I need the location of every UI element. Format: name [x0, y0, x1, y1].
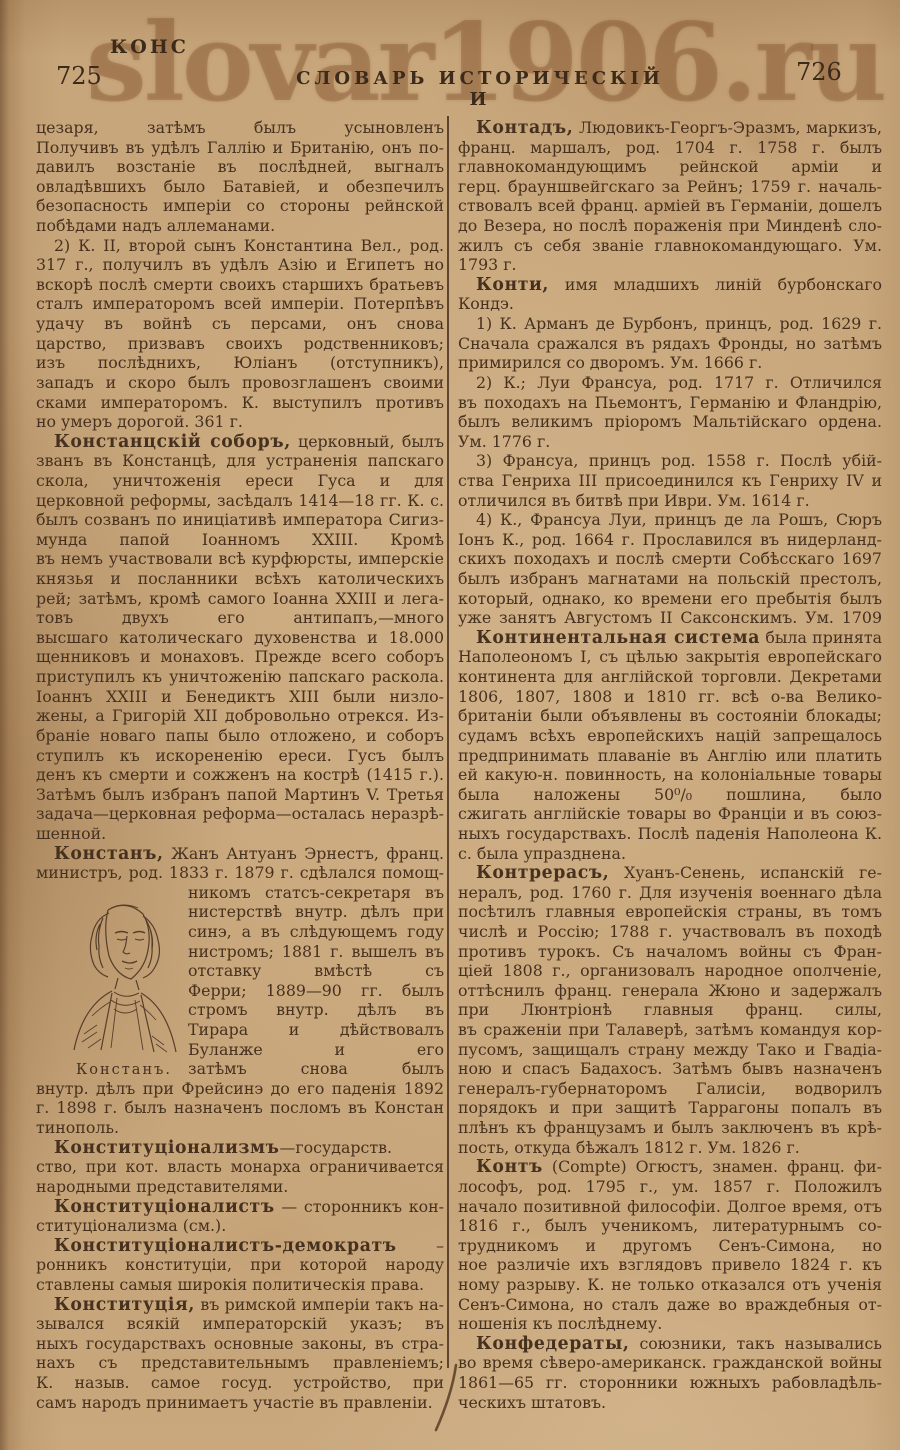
text-line: 2) К. II, второй сынъ Константина Вел., …	[36, 236, 444, 256]
text-line: К. назыв. самое госуд. устройство, при к…	[36, 1373, 444, 1393]
text-line: ному разрыву. К. не только отказался отъ…	[458, 1275, 882, 1295]
text-line: народными представителями.	[36, 1177, 444, 1197]
text-line: Констанъ, Жанъ Антуанъ Эрнестъ, франц.	[36, 844, 444, 864]
text-line: при Люнтріонѣ главныя франц. силы, участ…	[458, 1000, 882, 1020]
text-line: Буланже и его приверженцевъ;	[188, 1040, 444, 1060]
text-line: сками императоромъ. К. выступилъ противъ…	[36, 393, 444, 413]
text-line: Конституціонализмъ—государств. устрой-	[36, 1138, 444, 1158]
text-line: порядокъ и при защитѣ Таррагоны попалъ в…	[458, 1098, 882, 1118]
text-line: 3) Франсуа, принцъ род. 1558 г. Послѣ уб…	[458, 451, 882, 471]
entry-headword: Контрерасъ,	[476, 863, 609, 883]
text-line: ношенія къ послѣднему.	[458, 1314, 882, 1334]
text-line: числѣ и Россію; 1788 г. участвовалъ въ п…	[458, 922, 882, 942]
text-line: самъ народъ принимаетъ участіе въ правле…	[36, 1393, 444, 1413]
text-line: Тирара и дѣйствовалъ противъ	[188, 1020, 444, 1040]
text-line: отличился въ битвѣ при Иври. Ум. 1614 г.	[458, 491, 882, 511]
text-line: званъ въ Констанцѣ, для устраненія папск…	[36, 451, 444, 471]
text-line: задача—церковная реформа—осталась неразр…	[36, 804, 444, 824]
text-line: давилъ возстаніе въ послѣдней, выгналъ ф…	[36, 157, 444, 177]
text-line: 1793 г.	[458, 255, 882, 275]
text-line: ство, при кот. власть монарха ограничива…	[36, 1157, 444, 1177]
text-line: Получивъ въ удѣлъ Галлію и Британію, онъ…	[36, 138, 444, 158]
text-line: г. 1898 г. былъ назначенъ посломъ въ Кон…	[36, 1098, 444, 1118]
page-number-right: 726	[796, 58, 842, 86]
entry-headword: Конфедераты,	[476, 1334, 630, 1354]
entry-headword: Констанцскій соборъ,	[54, 432, 291, 452]
text-line: ства Генриха III присоединился къ Генрих…	[458, 471, 882, 491]
text-line: изъ послѣднихъ, Юліанъ (отступникъ), пол…	[36, 353, 444, 373]
text-line: жилъ съ себя званіе главнокомандующаго. …	[458, 236, 882, 256]
text-line: тинополь.	[36, 1118, 444, 1138]
text-line: нистерствѣ внутр. дѣлъ при Фрей-	[188, 902, 444, 922]
text-line: судамъ всѣхъ европейскихъ націй запрещал…	[458, 726, 882, 746]
text-line: посѣтилъ главныя европейскія страны, въ …	[458, 902, 882, 922]
text-line: безопасность имперіи со стороны рейнской…	[36, 196, 444, 216]
entry-headword: Конституціоналистъ	[54, 1197, 275, 1217]
text-line: сжигать англійскіе товары во Франціи и в…	[458, 804, 882, 824]
text-line: шенной.	[36, 824, 444, 844]
column-divider-rule	[447, 116, 449, 1368]
text-column-left: цезаря, затѣмъ былъ усыновленъ Максимилі…	[36, 118, 444, 1412]
text-line: во время сѣверо-американск. гражданской …	[458, 1353, 882, 1373]
entry-headword: Конти,	[476, 275, 549, 295]
text-line: цезаря, затѣмъ былъ усыновленъ Максимилі…	[36, 118, 444, 138]
text-line: удачу въ войнѣ съ персами, онъ снова раз…	[36, 314, 444, 334]
text-line: Наполеономъ I, съ цѣлью закрытія европей…	[458, 647, 882, 667]
text-line: уже занятъ Августомъ II Саксонскимъ. Ум.…	[458, 608, 882, 628]
text-line: ціей 1808 г., организовалъ народное опол…	[458, 961, 882, 981]
text-line: рей; затѣмъ, кромѣ самого Іоанна XXIII и…	[36, 589, 444, 609]
text-line: Кондэ.	[458, 294, 882, 314]
text-line: Конституціоналистъ — сторонникъ кон-	[36, 1197, 444, 1217]
text-line: товъ двухъ его антипапъ,—много представи…	[36, 608, 444, 628]
text-line: ронникъ конституціи, при которой народу …	[36, 1255, 444, 1275]
text-line: 2) К.; Луи Франсуа, род. 1717 г. Отличил…	[458, 373, 882, 393]
text-line: западъ и скоро былъ провозглашенъ своими…	[36, 373, 444, 393]
text-line: герц. брауншвейгскаго за Рейнъ; 1759 г. …	[458, 177, 882, 197]
text-line: въ сраженіи при Талаверѣ, затѣмъ команду…	[458, 1020, 882, 1040]
text-line: который, однако, ко времени его пребытія…	[458, 589, 882, 609]
text-line: денъ къ смерти и сожженъ на кострѣ (1415…	[36, 765, 444, 785]
entry-headword: Контъ	[476, 1157, 543, 1177]
text-line: ныхъ государствахъ. Послѣ паденія Наполе…	[458, 824, 882, 844]
text-line: щенниковъ и монаховъ. Прежде всего собор…	[36, 647, 444, 667]
text-line: Континентальная система была принята	[458, 628, 882, 648]
text-line: мунда папой Іоанномъ XXIII. Кромѣ импера…	[36, 530, 444, 550]
text-line: Конфедераты, союзники, такъ назывались	[458, 1334, 882, 1354]
text-line: лософъ, род. 1795 г., ум. 1857 г. Положи…	[458, 1177, 882, 1197]
portrait-engraving-constans	[56, 888, 192, 1056]
text-line: Конституціоналистъ-демократъ – сто-	[36, 1236, 444, 1256]
text-line: Затѣмъ былъ избранъ папой Мартинъ V. Тре…	[36, 785, 444, 805]
text-line: внутр. дѣлъ при Фрейсинэ до его паденія …	[36, 1079, 444, 1099]
text-line: 4) К., Франсуа Луи, принцъ де ла Рошъ, С…	[458, 510, 882, 530]
text-line: Констанцскій соборъ, церковный, былъ со-	[36, 432, 444, 452]
text-line: вскорѣ послѣ смерти своихъ старшихъ брат…	[36, 275, 444, 295]
entry-headword: Континентальная система	[476, 628, 760, 648]
text-line: плѣнъ къ французамъ и былъ заключенъ въ …	[458, 1118, 882, 1138]
text-line: ное различіе ихъ взглядовъ привело 1824 …	[458, 1255, 882, 1275]
text-line: начало позитивной философіи. Долгое врем…	[458, 1197, 882, 1217]
text-line: Конти, имя младшихъ линій бурбонскаго до…	[458, 275, 882, 295]
text-line: зывался всякій императорскій указъ; въ с…	[36, 1314, 444, 1334]
text-line: британіи были объявлены въ состояніи бло…	[458, 706, 882, 726]
text-line: Ферри; 1889—90 гг. былъ мини-	[188, 981, 444, 1001]
text-line: затѣмъ снова былъ министромъ	[188, 1059, 444, 1079]
running-head: КОНС	[110, 36, 189, 58]
text-column-right: Контадъ, Людовикъ-Георгъ-Эразмъ, маркизъ…	[458, 118, 882, 1412]
text-line: ствовалъ всей франц. арміей въ Германіи,…	[458, 196, 882, 216]
text-line: примирился со дворомъ. Ум. 1666 г.	[458, 353, 882, 373]
text-line: синэ, а въ слѣдующемъ году ми-	[188, 922, 444, 942]
text-line: ною и спасъ Бадахосъ. Затѣмъ бывъ назнач…	[458, 1059, 882, 1079]
text-line: оттѣснилъ франц. генерала Жюно и задержа…	[458, 981, 882, 1001]
entry-headword: Конституціонализмъ	[54, 1138, 280, 1158]
text-line: 1816 г., былъ ученикомъ, литературнымъ с…	[458, 1216, 882, 1236]
text-line: ческихъ штатовъ.	[458, 1393, 882, 1413]
text-line: сталъ императоромъ всей имперіи. Потерпѣ…	[36, 294, 444, 314]
text-line: приступилъ къ уничтоженію папскаго раско…	[36, 667, 444, 687]
text-line: ставлены самыя широкія политическія прав…	[36, 1275, 444, 1295]
entry-headword: Констанъ,	[54, 844, 164, 864]
entry-headword: Контадъ,	[476, 118, 573, 138]
text-line: въ немъ участвовали всѣ курфюрсты, импер…	[36, 549, 444, 569]
text-line: скихъ походахъ и послѣ смерти Собѣсскаго…	[458, 549, 882, 569]
text-line: стромъ внутр. дѣлъ въ кабинетѣ	[188, 1000, 444, 1020]
text-line: ей какую-н. повинность, на колоніальные …	[458, 765, 882, 785]
text-line: царство, призвавъ своихъ родственниковъ;…	[36, 334, 444, 354]
text-line: былъ великимъ пріоромъ Мальтійскаго орде…	[458, 412, 882, 432]
portrait-caption: Констанъ.	[56, 1062, 192, 1078]
text-line: побѣдами надъ аллеманами.	[36, 216, 444, 236]
text-line: 1) К. Арманъ де Бурбонъ, принцъ, род. 16…	[458, 314, 882, 334]
scanned-dictionary-page: slovar1906.ru КОНС 725 СЛОВАРЬ ИСТОРИЧЕС…	[0, 0, 900, 1450]
portrait-figure: Констанъ.	[56, 888, 192, 1078]
text-line: противъ турокъ. Съ началомъ войны съ Фра…	[458, 942, 882, 962]
text-line: пусомъ, защищалъ страну между Тако и Гва…	[458, 1040, 882, 1060]
text-line: въ походахъ на Пьемонтъ, Германію и Флан…	[458, 393, 882, 413]
text-line: овладѣвшихъ было Батавіей, и обезпечилъ	[36, 177, 444, 197]
text-line: князья и посланники всѣхъ католическихъ …	[36, 569, 444, 589]
text-line: ныхъ государствахъ основные законы, въ с…	[36, 1334, 444, 1354]
text-line: высшаго католическаго духовенства и 18.0…	[36, 628, 444, 648]
text-line: Контрерасъ, Хуанъ-Сенень, испанскій ге-	[458, 863, 882, 883]
text-line: нахъ съ представительнымъ правленіемъ; з…	[36, 1353, 444, 1373]
text-line: Сначала сражался въ рядахъ Фронды, но за…	[458, 334, 882, 354]
text-line: нералъ, род. 1760 г. Для изученія военна…	[458, 883, 882, 903]
text-line: главнокомандующимъ рейнской арміи и оттѣ…	[458, 157, 882, 177]
text-line: Іоаннъ XXIII и Бенедиктъ XIII были низло…	[36, 687, 444, 707]
text-line: Сенъ-Симона, но сталъ даже во враждебныя…	[458, 1295, 882, 1315]
text-line: былъ избранъ магнатами на польскій прест…	[458, 569, 882, 589]
text-line: была наложены 50⁰/₀ пошлина, было постан…	[458, 785, 882, 805]
text-line: но умеръ дорогой. 361 г.	[36, 412, 444, 432]
page-number-left: 725	[56, 62, 102, 90]
text-line: трудникомъ и другомъ Сенъ-Симона, но рад…	[458, 1236, 882, 1256]
text-line: ституціонализма (см.).	[36, 1216, 444, 1236]
text-line: франц. маршалъ, род. 1704 г. 1758 г. был…	[458, 138, 882, 158]
text-line: 317 г., получилъ въ удѣлъ Азію и Египетъ…	[36, 255, 444, 275]
text-line: предпринимать плаваніе въ Англію или пла…	[458, 746, 882, 766]
text-line: генералъ-губернаторомъ Галисіи, водворил…	[458, 1079, 882, 1099]
text-line: отставку вмѣстѣ съ кабинетомъ	[188, 961, 444, 981]
text-line: ступилъ къ искорененію ереси. Гусъ былъ …	[36, 746, 444, 766]
text-line: никомъ статсъ-секретаря въ ми-	[188, 883, 444, 903]
text-line: нистромъ; 1881 г. вышелъ въ	[188, 942, 444, 962]
text-line: Конституція, въ римской имперіи такъ на-	[36, 1295, 444, 1315]
text-line: былъ созванъ по иниціативѣ императора Си…	[36, 510, 444, 530]
text-line: пость, откуда бѣжалъ 1812 г. Ум. 1826 г.	[458, 1138, 882, 1158]
text-line: браніе новаго папы было отложено, и собо…	[36, 726, 444, 746]
entry-headword: Конституціоналистъ-демократъ	[54, 1236, 397, 1256]
text-line: жены, а Григорій XII добровольно отрекся…	[36, 706, 444, 726]
text-line: Контадъ, Людовикъ-Георгъ-Эразмъ, маркизъ…	[458, 118, 882, 138]
text-line: Контъ (Compte) Огюстъ, знамен. франц. фи…	[458, 1157, 882, 1177]
text-line: скола, уничтоженія ереси Гуса и для пров…	[36, 471, 444, 491]
dictionary-title: СЛОВАРЬ ИСТОРИЧЕСКІЙ И	[290, 68, 670, 110]
text-line: Ум. 1776 г.	[458, 432, 882, 452]
text-line: Іонъ К., род. 1664 г. Прославился въ нид…	[458, 530, 882, 550]
entry-headword: Конституція,	[54, 1295, 195, 1315]
text-line: до Везера, но послѣ пораженія при Минден…	[458, 216, 882, 236]
text-line: континента для англійской торговли. Декр…	[458, 667, 882, 687]
text-line: с. была упразднена.	[458, 844, 882, 864]
text-line: министръ, род. 1833 г. 1879 г. сдѣлался …	[36, 863, 444, 883]
text-line: церковной реформы, засѣдалъ 1414—18 гг. …	[36, 491, 444, 511]
text-line: 1861—65 гг. сторонники южныхъ рабовладѣл…	[458, 1373, 882, 1393]
text-line: 1806, 1807, 1808 и 1810 гг. всѣ о-ва Вел…	[458, 687, 882, 707]
